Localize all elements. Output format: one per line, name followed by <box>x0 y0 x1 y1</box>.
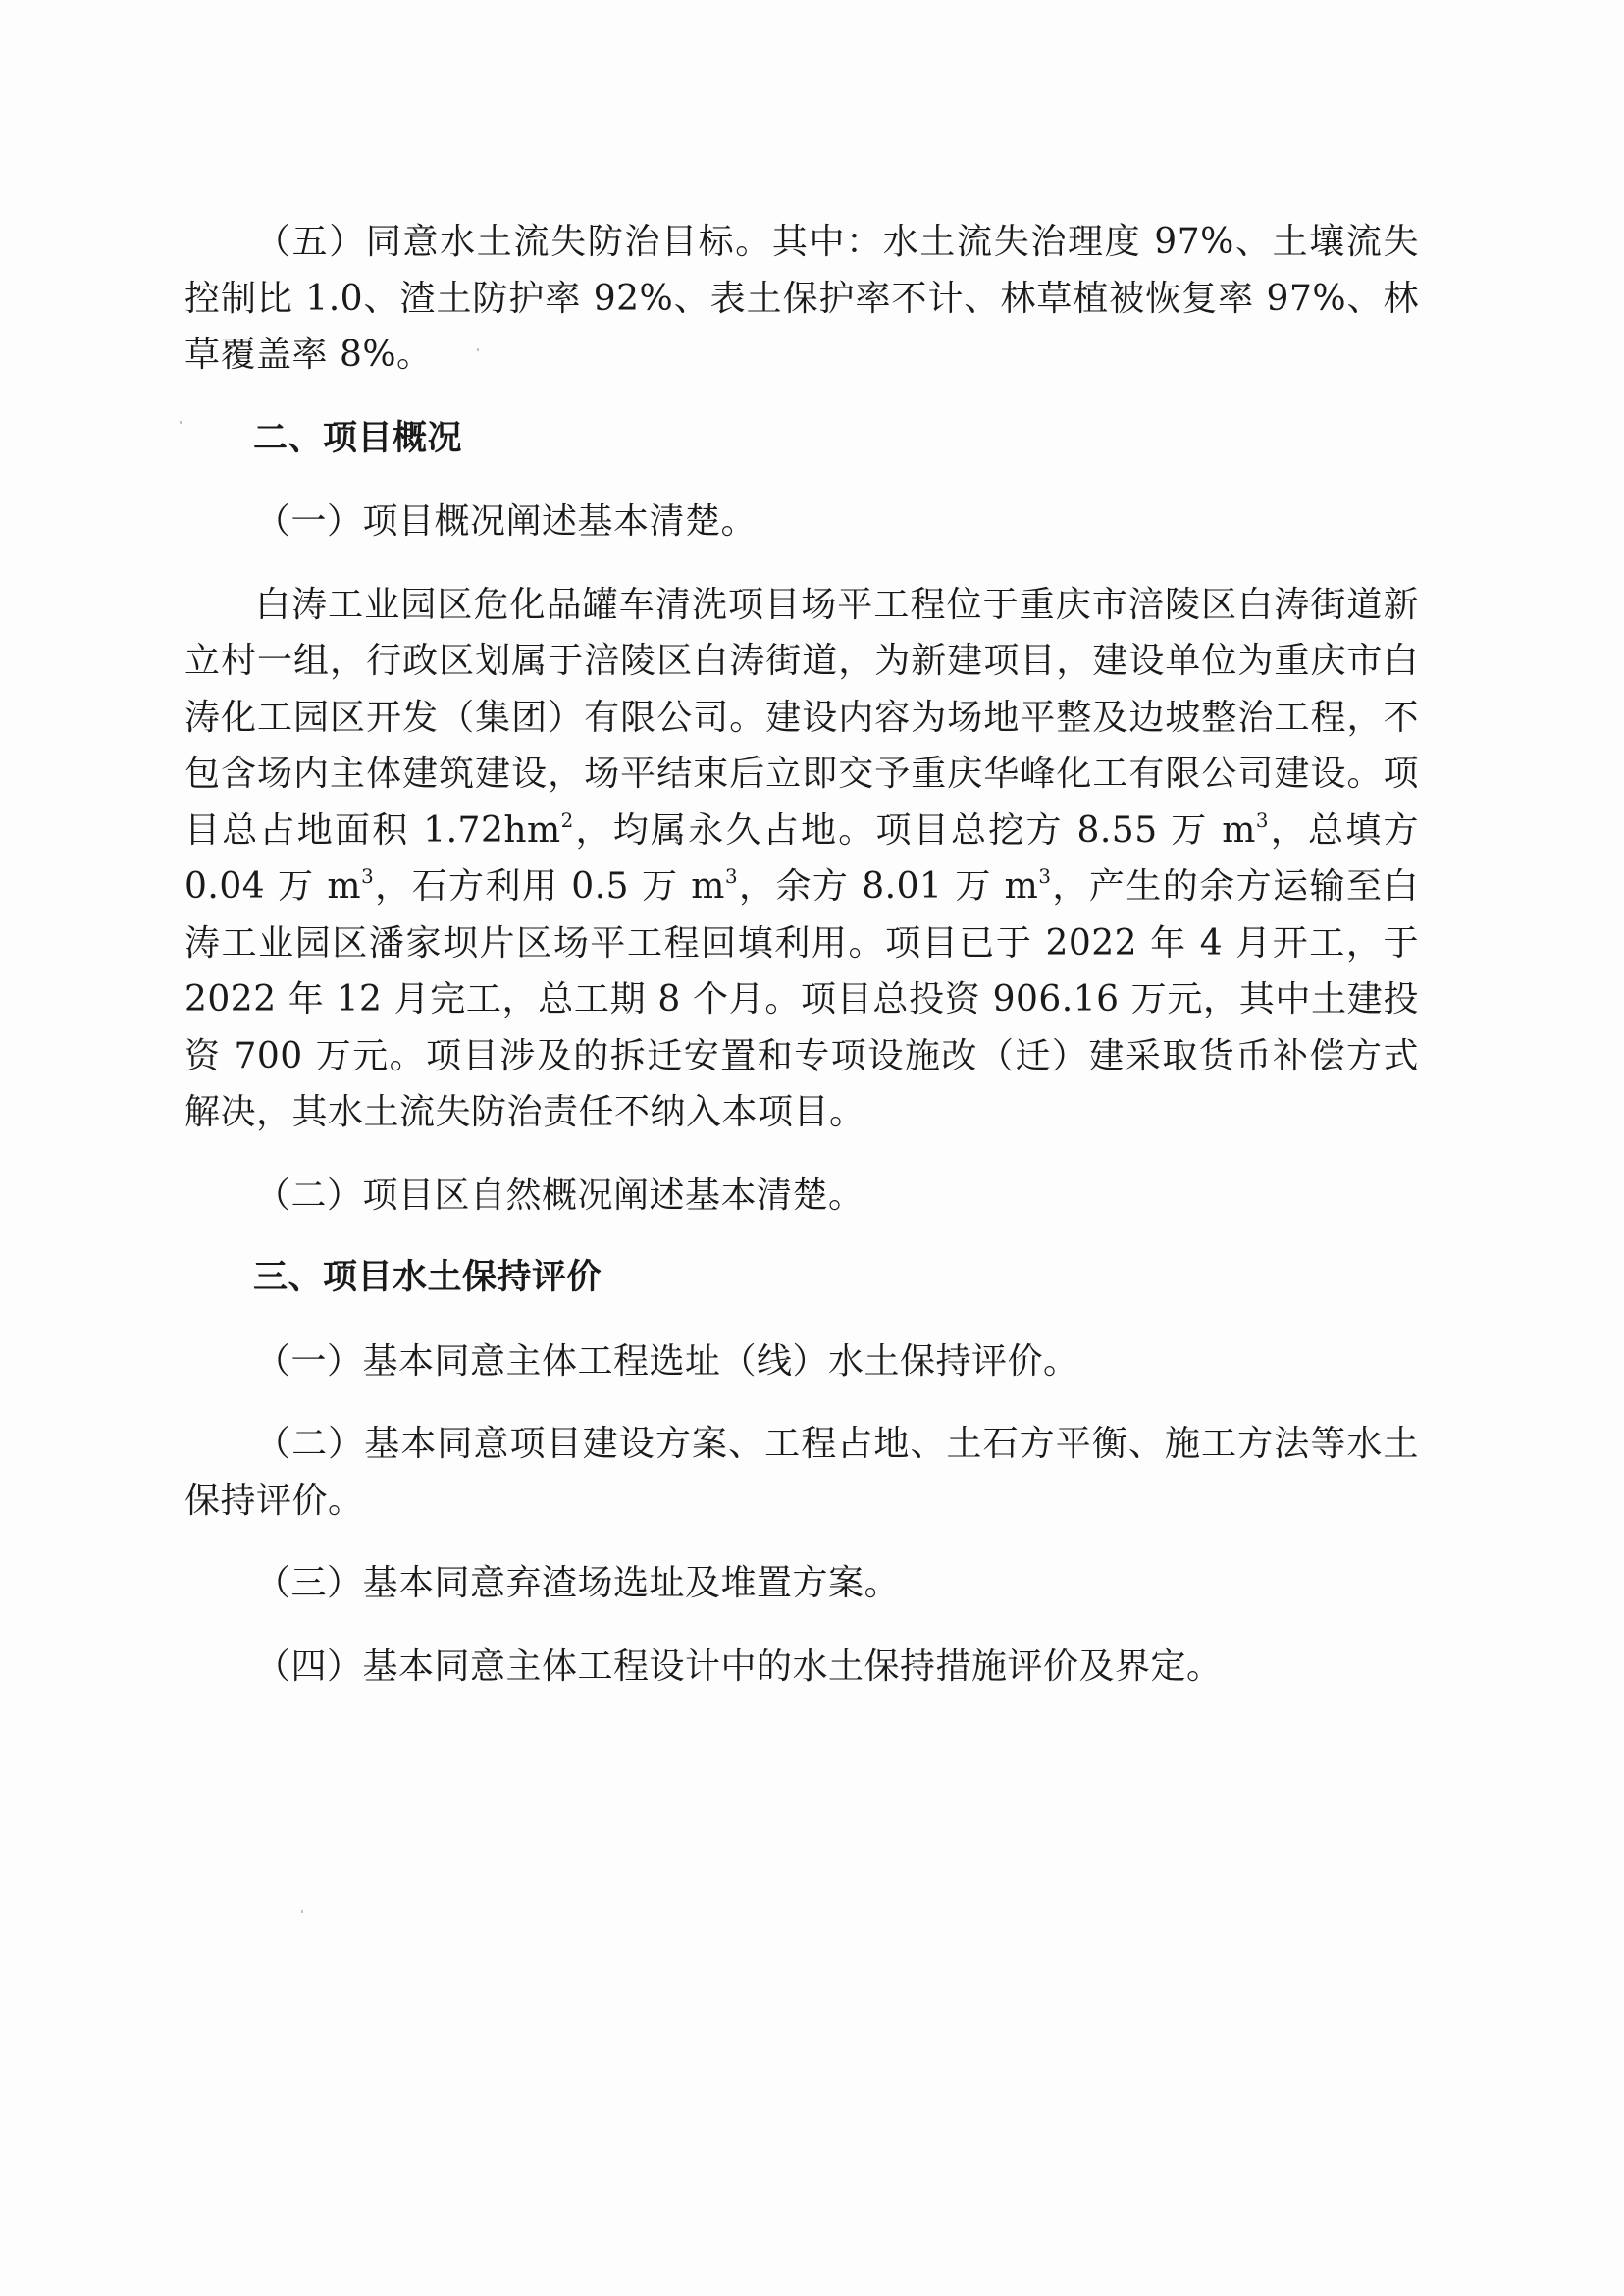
paragraph-project-description: 白涛工业园区危化品罐车清洗项目场平工程位于重庆市涪陵区白涛街道新立村一组，行政区… <box>184 577 1419 1141</box>
paragraph-prevention-targets: （五）同意水土流失防治目标。其中：水土流失治理度 97%、土壤流失控制比 1.0… <box>184 214 1419 384</box>
scan-speck <box>180 421 182 424</box>
text-segment: ，均属永久占地。项目总挖方 8.55 万 m <box>574 810 1256 851</box>
document-page: （五）同意水土流失防治目标。其中：水土流失治理度 97%、土壤流失控制比 1.0… <box>184 214 1419 1695</box>
superscript: 3 <box>361 865 374 888</box>
superscript: 3 <box>1256 809 1269 832</box>
superscript: 3 <box>725 865 738 888</box>
paragraph-overview-clear: （一）项目概况阐述基本清楚。 <box>184 494 1419 550</box>
text-segment: ，余方 8.01 万 m <box>738 866 1038 907</box>
paragraph-spoil-site-plan: （三）基本同意弃渣场选址及堆置方案。 <box>184 1555 1419 1612</box>
paragraph-construction-plan-evaluation: （二）基本同意项目建设方案、工程占地、土石方平衡、施工方法等水土保持评价。 <box>184 1416 1419 1529</box>
scan-speck <box>477 348 479 351</box>
paragraph-site-selection-evaluation: （一）基本同意主体工程选址（线）水土保持评价。 <box>184 1333 1419 1390</box>
superscript: 2 <box>561 809 574 832</box>
scan-speck <box>301 1910 303 1913</box>
superscript: 3 <box>1038 865 1051 888</box>
section-heading-soil-water-evaluation: 三、项目水土保持评价 <box>184 1250 1419 1307</box>
paragraph-measures-evaluation: （四）基本同意主体工程设计中的水土保持措施评价及界定。 <box>184 1639 1419 1696</box>
section-heading-project-overview: 二、项目概况 <box>184 411 1419 468</box>
paragraph-natural-conditions: （二）项目区自然概况阐述基本清楚。 <box>184 1168 1419 1225</box>
text-segment: ，石方利用 0.5 万 m <box>374 866 725 907</box>
